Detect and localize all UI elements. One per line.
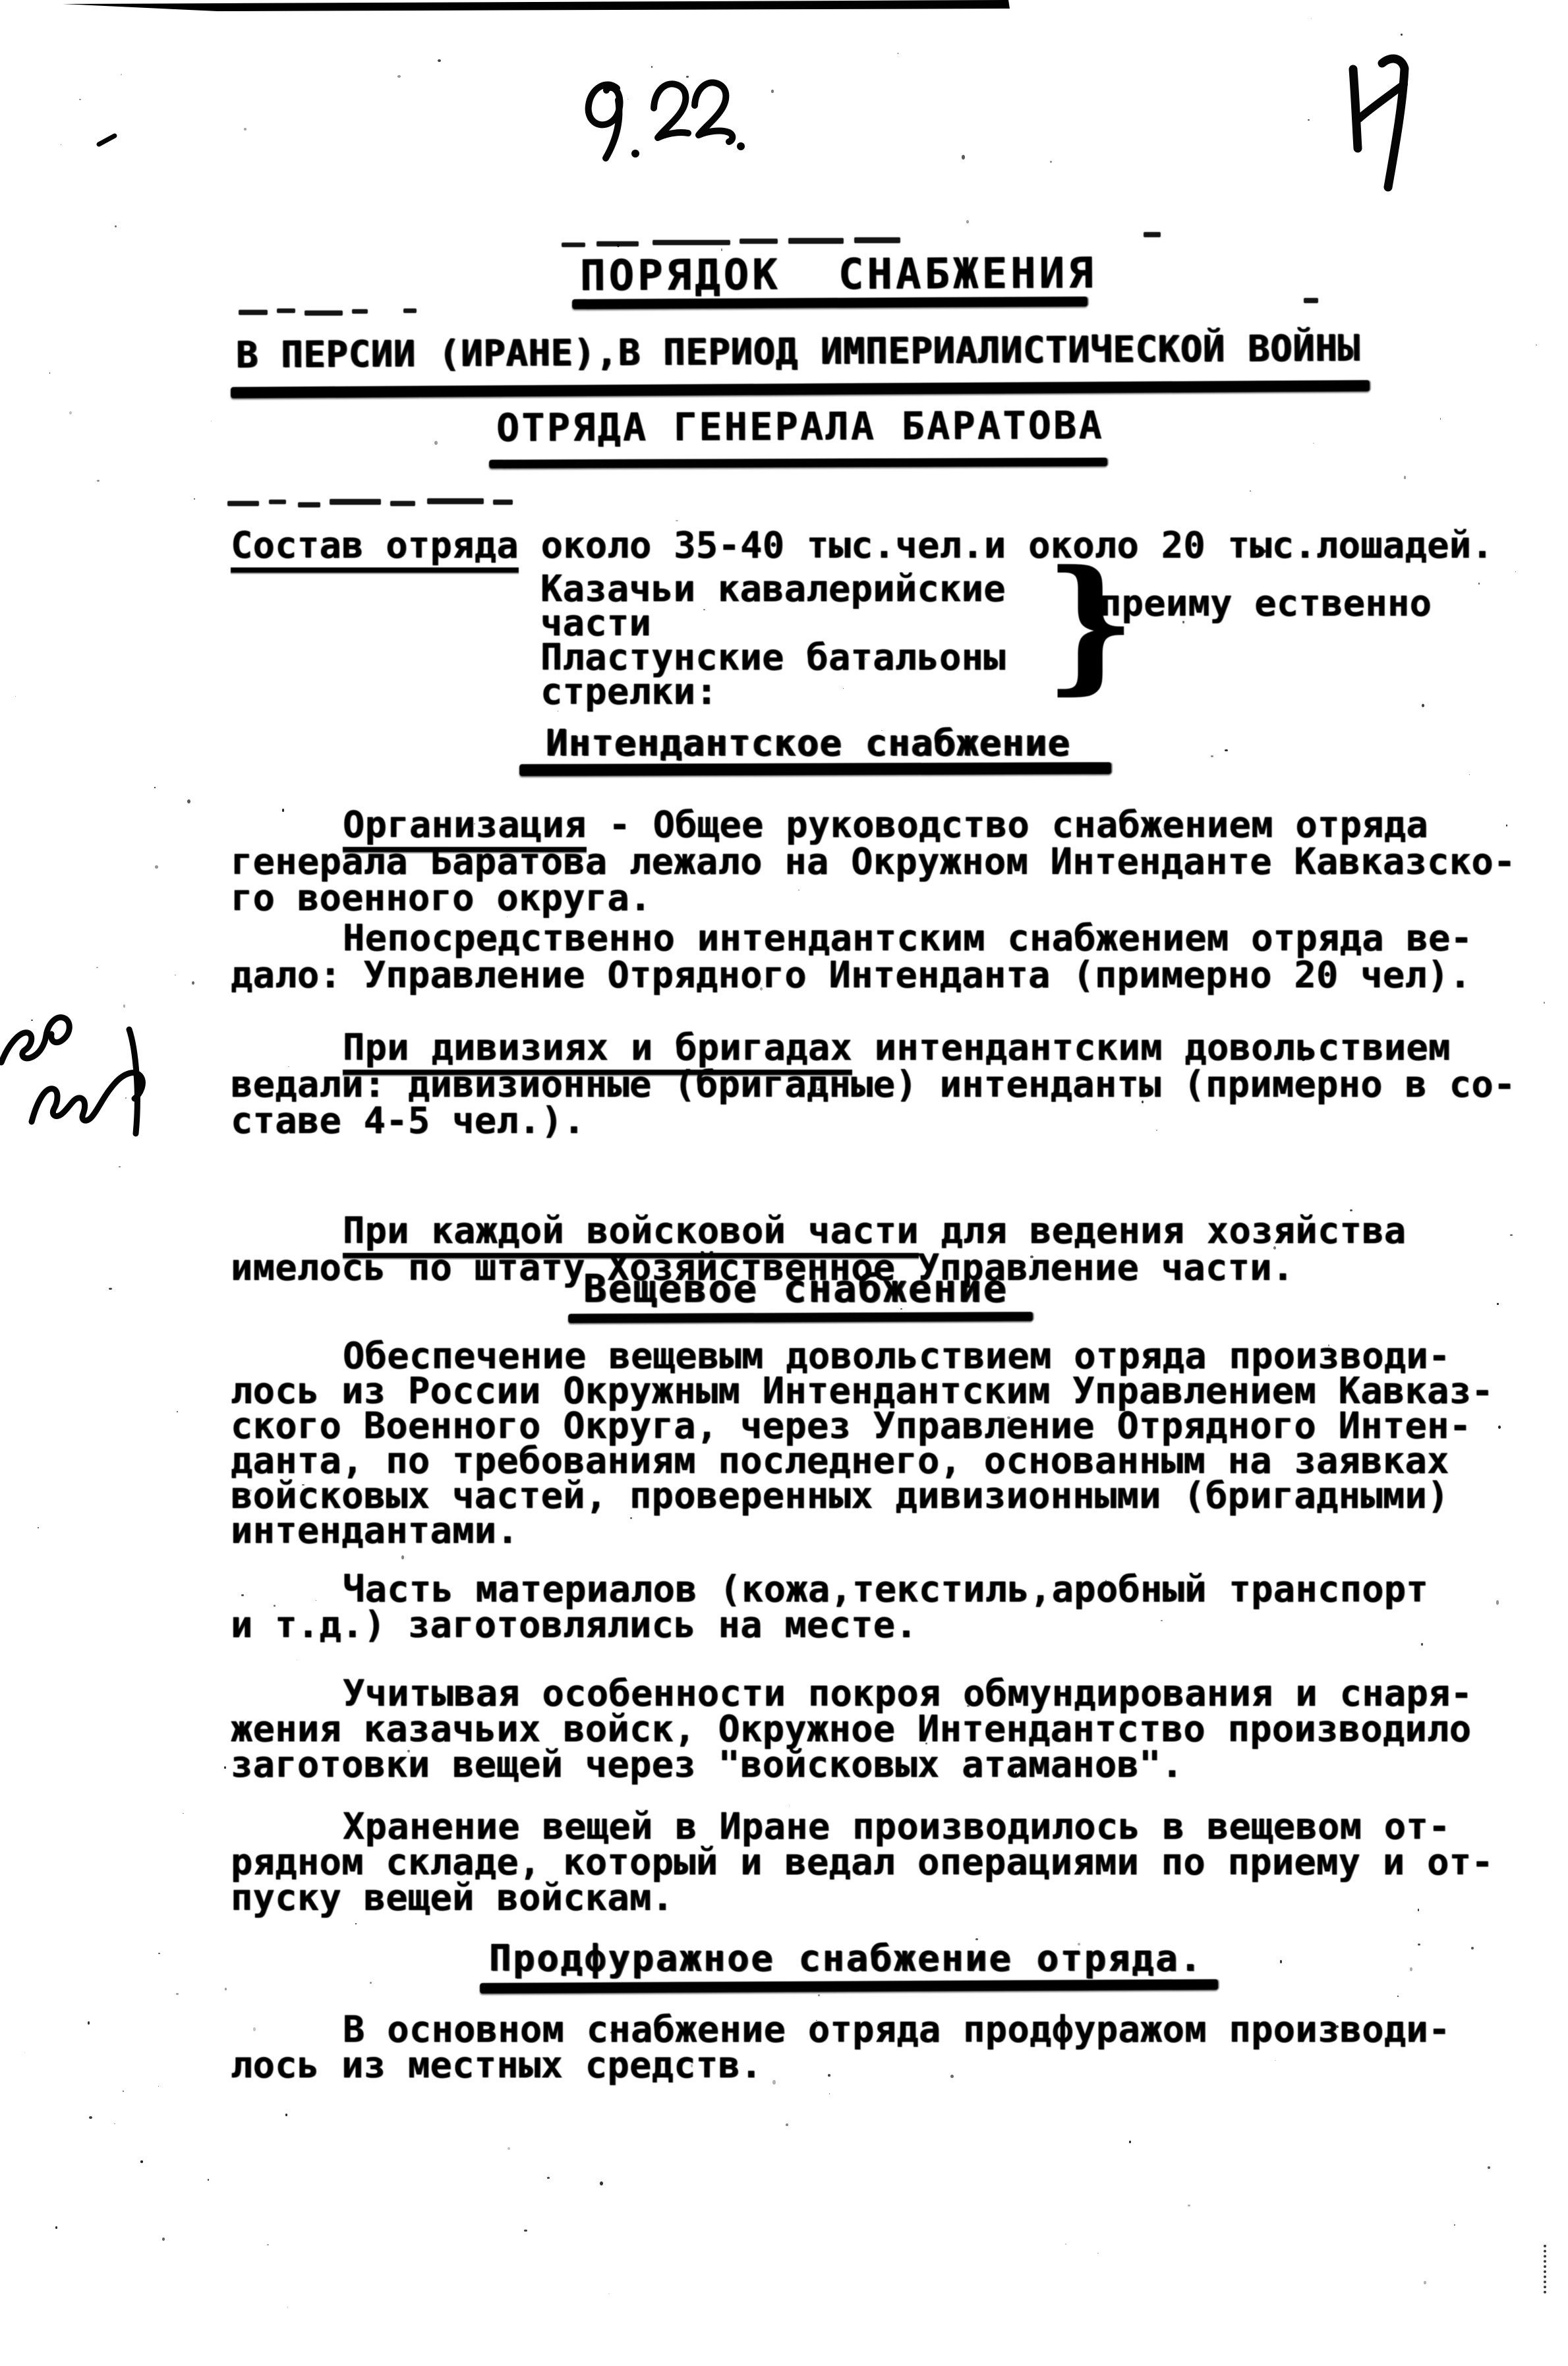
scanned-document-page: ПОРЯДОК СНАБЖЕНИЯ В ПЕРСИИ (ИРАНЕ),В ПЕР… <box>0 0 1568 2366</box>
noise-speck <box>610 2031 614 2034</box>
noise-speck <box>96 967 98 968</box>
noise-speck <box>1454 2224 1456 2226</box>
noise-speck <box>828 2074 830 2077</box>
noise-speck <box>109 1288 112 1290</box>
noise-speck <box>288 1066 289 1067</box>
noise-speck <box>1275 2060 1275 2061</box>
noise-speck <box>434 441 437 445</box>
section-heading-veshevoe: Вещевое снабжение <box>583 1271 1008 1307</box>
noise-speck <box>79 99 81 100</box>
underlined-phrase: Состав отряда <box>231 524 519 573</box>
ink-dash <box>562 243 585 247</box>
body-line: интендантами. <box>231 1513 519 1549</box>
ink-dash <box>854 237 900 243</box>
noise-speck <box>505 467 506 468</box>
noise-speck <box>1404 476 1407 479</box>
noise-speck <box>155 865 158 869</box>
noise-speck <box>1115 944 1116 944</box>
line-rest: около 35-40 тыс.чел.и около 20 тыс.лошад… <box>519 524 1494 566</box>
noise-speck <box>630 1517 632 1519</box>
body-line: ского Военного Округа, через Управление … <box>231 1408 1471 1444</box>
noise-speck <box>183 1813 184 1814</box>
ink-dash <box>740 239 778 244</box>
ink-dash <box>227 501 259 506</box>
body-line: При дивизиях и бригадах интендантским до… <box>343 1029 1451 1066</box>
line-rest: - Общее руководство снабжением отряда <box>587 803 1428 846</box>
noise-speck <box>657 1697 658 1698</box>
noise-speck <box>789 1806 790 1806</box>
title-underline-1 <box>572 297 1088 309</box>
noise-speck <box>244 128 247 130</box>
ink-dash <box>298 502 320 507</box>
noise-speck <box>786 2123 788 2125</box>
noise-speck <box>950 2075 953 2078</box>
noise-speck <box>154 787 156 788</box>
noise-speck <box>31 1020 33 1021</box>
ink-dash <box>330 499 381 505</box>
section-heading-prodfurazh: Продфуражное снабжение отряда. <box>489 1940 1203 1976</box>
noise-speck <box>49 372 50 373</box>
noise-speck <box>297 1659 298 1660</box>
title-underline-2 <box>231 380 1370 399</box>
ink-dash <box>269 500 286 504</box>
noise-speck <box>1211 755 1213 757</box>
line-rest: интендантским довольствием <box>852 1026 1451 1068</box>
ink-dash <box>390 501 415 506</box>
noise-speck <box>248 1489 252 1491</box>
noise-speck <box>1161 1620 1163 1621</box>
noise-speck <box>114 2123 115 2124</box>
noise-speck <box>686 76 689 78</box>
noise-speck <box>1310 1588 1313 1590</box>
heading-underline <box>519 762 1111 776</box>
noise-speck <box>547 2177 550 2178</box>
noise-speck <box>617 244 620 247</box>
noise-speck <box>817 1088 819 1091</box>
ink-dash <box>788 238 844 244</box>
document-title-line-1: ПОРЯДОК СНАБЖЕНИЯ <box>580 256 1097 295</box>
ink-dash <box>403 308 417 313</box>
body-line: Организация - Общее руководство снабжени… <box>343 807 1428 843</box>
noise-speck <box>1097 2253 1099 2254</box>
ink-dash <box>352 309 368 314</box>
body-line: дало: Управление Отрядного Интенданта (п… <box>231 957 1471 993</box>
unit-list-line: стрелки: <box>540 674 718 710</box>
noise-speck <box>370 1982 372 1984</box>
ink-dash <box>1304 298 1318 303</box>
noise-speck <box>302 1484 304 1486</box>
noise-speck <box>1273 1246 1276 1250</box>
noise-speck <box>1410 1967 1412 1971</box>
heading-underline <box>568 1312 1033 1323</box>
noise-speck <box>651 66 653 68</box>
heading-underline <box>480 1979 1218 1994</box>
noise-speck <box>900 1308 902 1310</box>
noise-speck <box>285 2114 287 2116</box>
noise-speck <box>208 2179 209 2180</box>
noise-speck <box>1182 621 1184 623</box>
noise-speck <box>943 1861 944 1862</box>
noise-speck <box>1544 1002 1545 1004</box>
ink-dash <box>427 498 484 504</box>
body-line: пуску вещей войскам. <box>231 1880 674 1916</box>
title-underline-3 <box>489 457 1107 468</box>
noise-speck <box>401 1555 403 1559</box>
noise-speck <box>1167 2023 1169 2025</box>
body-line: данта, по требованиям последнего, основа… <box>231 1443 1449 1479</box>
noise-speck <box>1397 1996 1399 1996</box>
body-line: Обеспечение вещевым довольствием отряда … <box>343 1338 1451 1374</box>
noise-speck <box>121 74 122 75</box>
body-line: рядном складе, который и ведал операциям… <box>231 1844 1494 1880</box>
noise-speck <box>1497 1303 1499 1305</box>
ink-dash <box>305 310 343 316</box>
body-line: заготовки вещей через "войсковых атамано… <box>231 1746 1183 1783</box>
body-line: войсковых частей, проверенных дивизионны… <box>231 1478 1449 1514</box>
noise-speck <box>69 411 72 415</box>
noise-speck <box>1424 2281 1426 2284</box>
noise-speck <box>508 2147 509 2150</box>
noise-speck <box>1322 981 1323 982</box>
body-line: го военного округа. <box>231 880 652 916</box>
noise-speck <box>627 99 628 100</box>
noise-speck <box>192 981 194 985</box>
noise-speck <box>966 220 969 223</box>
body-line: ставе 4-5 чел.). <box>231 1103 585 1139</box>
line-rest: для ведения хозяйства <box>919 1209 1406 1252</box>
noise-speck <box>97 480 100 482</box>
noise-speck <box>282 809 284 811</box>
ink-dash <box>277 308 295 313</box>
noise-speck <box>397 75 400 78</box>
noise-speck <box>1422 704 1424 707</box>
noise-speck <box>1002 2036 1004 2038</box>
noise-speck <box>1050 161 1052 163</box>
noise-speck <box>772 2080 776 2085</box>
noise-speck <box>967 1705 970 1708</box>
noise-speck <box>760 987 763 991</box>
noise-speck <box>1496 1600 1499 1605</box>
noise-speck <box>524 2230 527 2231</box>
noise-speck <box>818 1994 820 1996</box>
intro-line: Состав отряда около 35-40 тыс.чел.и окол… <box>231 527 1494 563</box>
body-line: В основном снабжение отряда продфуражом … <box>343 2011 1451 2048</box>
section-heading-intendant: Интендантское снабжение <box>546 725 1070 761</box>
noise-speck <box>713 262 714 263</box>
noise-speck <box>474 823 475 824</box>
noise-speck <box>38 1527 39 1528</box>
document-title-line-3: ОТРЯДА ГЕНЕРАЛА БАРАТОВА <box>496 407 1104 446</box>
body-line: Часть материалов (кожа,текстиль,аробный … <box>343 1571 1428 1607</box>
noise-speck <box>771 90 773 93</box>
noise-speck <box>1418 1944 1420 1946</box>
body-line: и т.д.) заготовлялись на месте. <box>231 1607 917 1643</box>
noise-speck <box>194 498 194 500</box>
ink-dash <box>1144 232 1161 237</box>
ink-dash <box>493 500 513 505</box>
noise-speck <box>136 1078 137 1079</box>
noise-speck <box>175 975 176 975</box>
noise-speck <box>274 1605 276 1607</box>
noise-speck <box>1078 1943 1080 1946</box>
noise-speck <box>89 2116 92 2119</box>
noise-speck <box>119 1167 120 1167</box>
body-line: генерала Баратова лежало на Окружном Инт… <box>231 844 1516 880</box>
noise-speck <box>1401 34 1403 36</box>
typed-text-layer: ПОРЯДОК СНАБЖЕНИЯ В ПЕРСИИ (ИРАНЕ),В ПЕР… <box>0 0 1568 2366</box>
noise-speck <box>1129 2141 1131 2143</box>
document-title-line-2: В ПЕРСИИ (ИРАНЕ),В ПЕРИОД ИМПЕРИАЛИСТИЧЕ… <box>236 330 1360 373</box>
noise-speck <box>1302 1058 1305 1061</box>
ink-dash <box>239 310 268 315</box>
noise-speck <box>798 890 799 890</box>
noise-speck <box>355 1923 357 1925</box>
noise-speck <box>162 2237 165 2241</box>
noise-speck <box>962 155 965 159</box>
body-line: жения казачьих войск, Окружное Интендант… <box>231 1711 1471 1747</box>
noise-speck <box>1350 1209 1352 1211</box>
noise-speck <box>241 1594 245 1596</box>
body-line: лось из России Окружным Интендантским Уп… <box>231 1373 1494 1409</box>
brace-annotation: преиму ественно <box>1099 585 1432 621</box>
noise-speck <box>407 1750 410 1752</box>
noise-speck <box>158 1953 160 1954</box>
noise-speck <box>125 1097 127 1099</box>
noise-speck <box>123 2091 125 2091</box>
noise-speck <box>1188 2205 1190 2207</box>
ink-dash <box>653 240 730 245</box>
scan-dotted-edge <box>1544 2245 1546 2294</box>
body-line: Непосредственно интендантским снабжением… <box>343 920 1472 956</box>
noise-speck <box>1030 1255 1033 1258</box>
body-line: При каждой войсковой части для ведения х… <box>343 1213 1406 1249</box>
noise-speck <box>1078 1696 1080 1698</box>
noise-speck <box>600 2181 603 2185</box>
body-line: Хранение вещей в Иране производилось в в… <box>343 1808 1451 1845</box>
body-line: лось из местных средств. <box>231 2047 763 2083</box>
noise-speck <box>1263 550 1266 553</box>
noise-speck <box>513 820 515 823</box>
noise-speck <box>691 2064 693 2067</box>
noise-speck <box>253 2027 256 2031</box>
body-line: Учитывая особенности покроя обмундирован… <box>343 1675 1472 1712</box>
body-line: ведали: дивизионные (бригадные) интендан… <box>231 1066 1516 1103</box>
noise-speck <box>1156 1130 1157 1131</box>
